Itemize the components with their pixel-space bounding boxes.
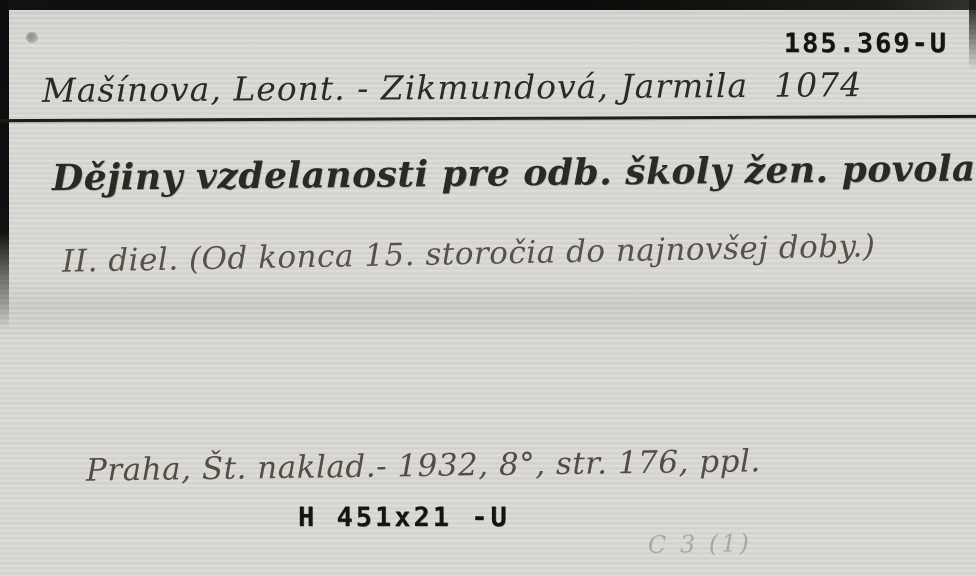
- call-number: 185.369-U: [784, 28, 948, 59]
- author-names: Mašínova, Leont. - Zikmundová, Jarmila: [42, 66, 748, 110]
- faint-pencil-note: C 3 (1): [648, 529, 752, 559]
- subtitle-volume-line: II. diel. (Od konca 15. storočia do najn…: [62, 228, 876, 280]
- scan-edge-left: [0, 0, 9, 330]
- catalog-card: 185.369-U Mašínova, Leont. - Zikmundová,…: [0, 0, 976, 576]
- author-number: 1074: [774, 65, 862, 105]
- paper-blemish-dot: [26, 32, 38, 43]
- shelf-mark: H 451x21 -U: [298, 502, 510, 533]
- title-line: Dějiny vzdelanosti pre odb. školy žen. p…: [52, 147, 976, 199]
- scan-edge-right: [969, 0, 976, 70]
- scan-edge-top: [0, 0, 976, 10]
- imprint-line: Praha, Št. naklad.- 1932, 8°, str. 176, …: [86, 443, 761, 488]
- heading-rule-line: [0, 115, 976, 122]
- author-heading-line: Mašínova, Leont. - Zikmundová, Jarmila10…: [42, 65, 862, 110]
